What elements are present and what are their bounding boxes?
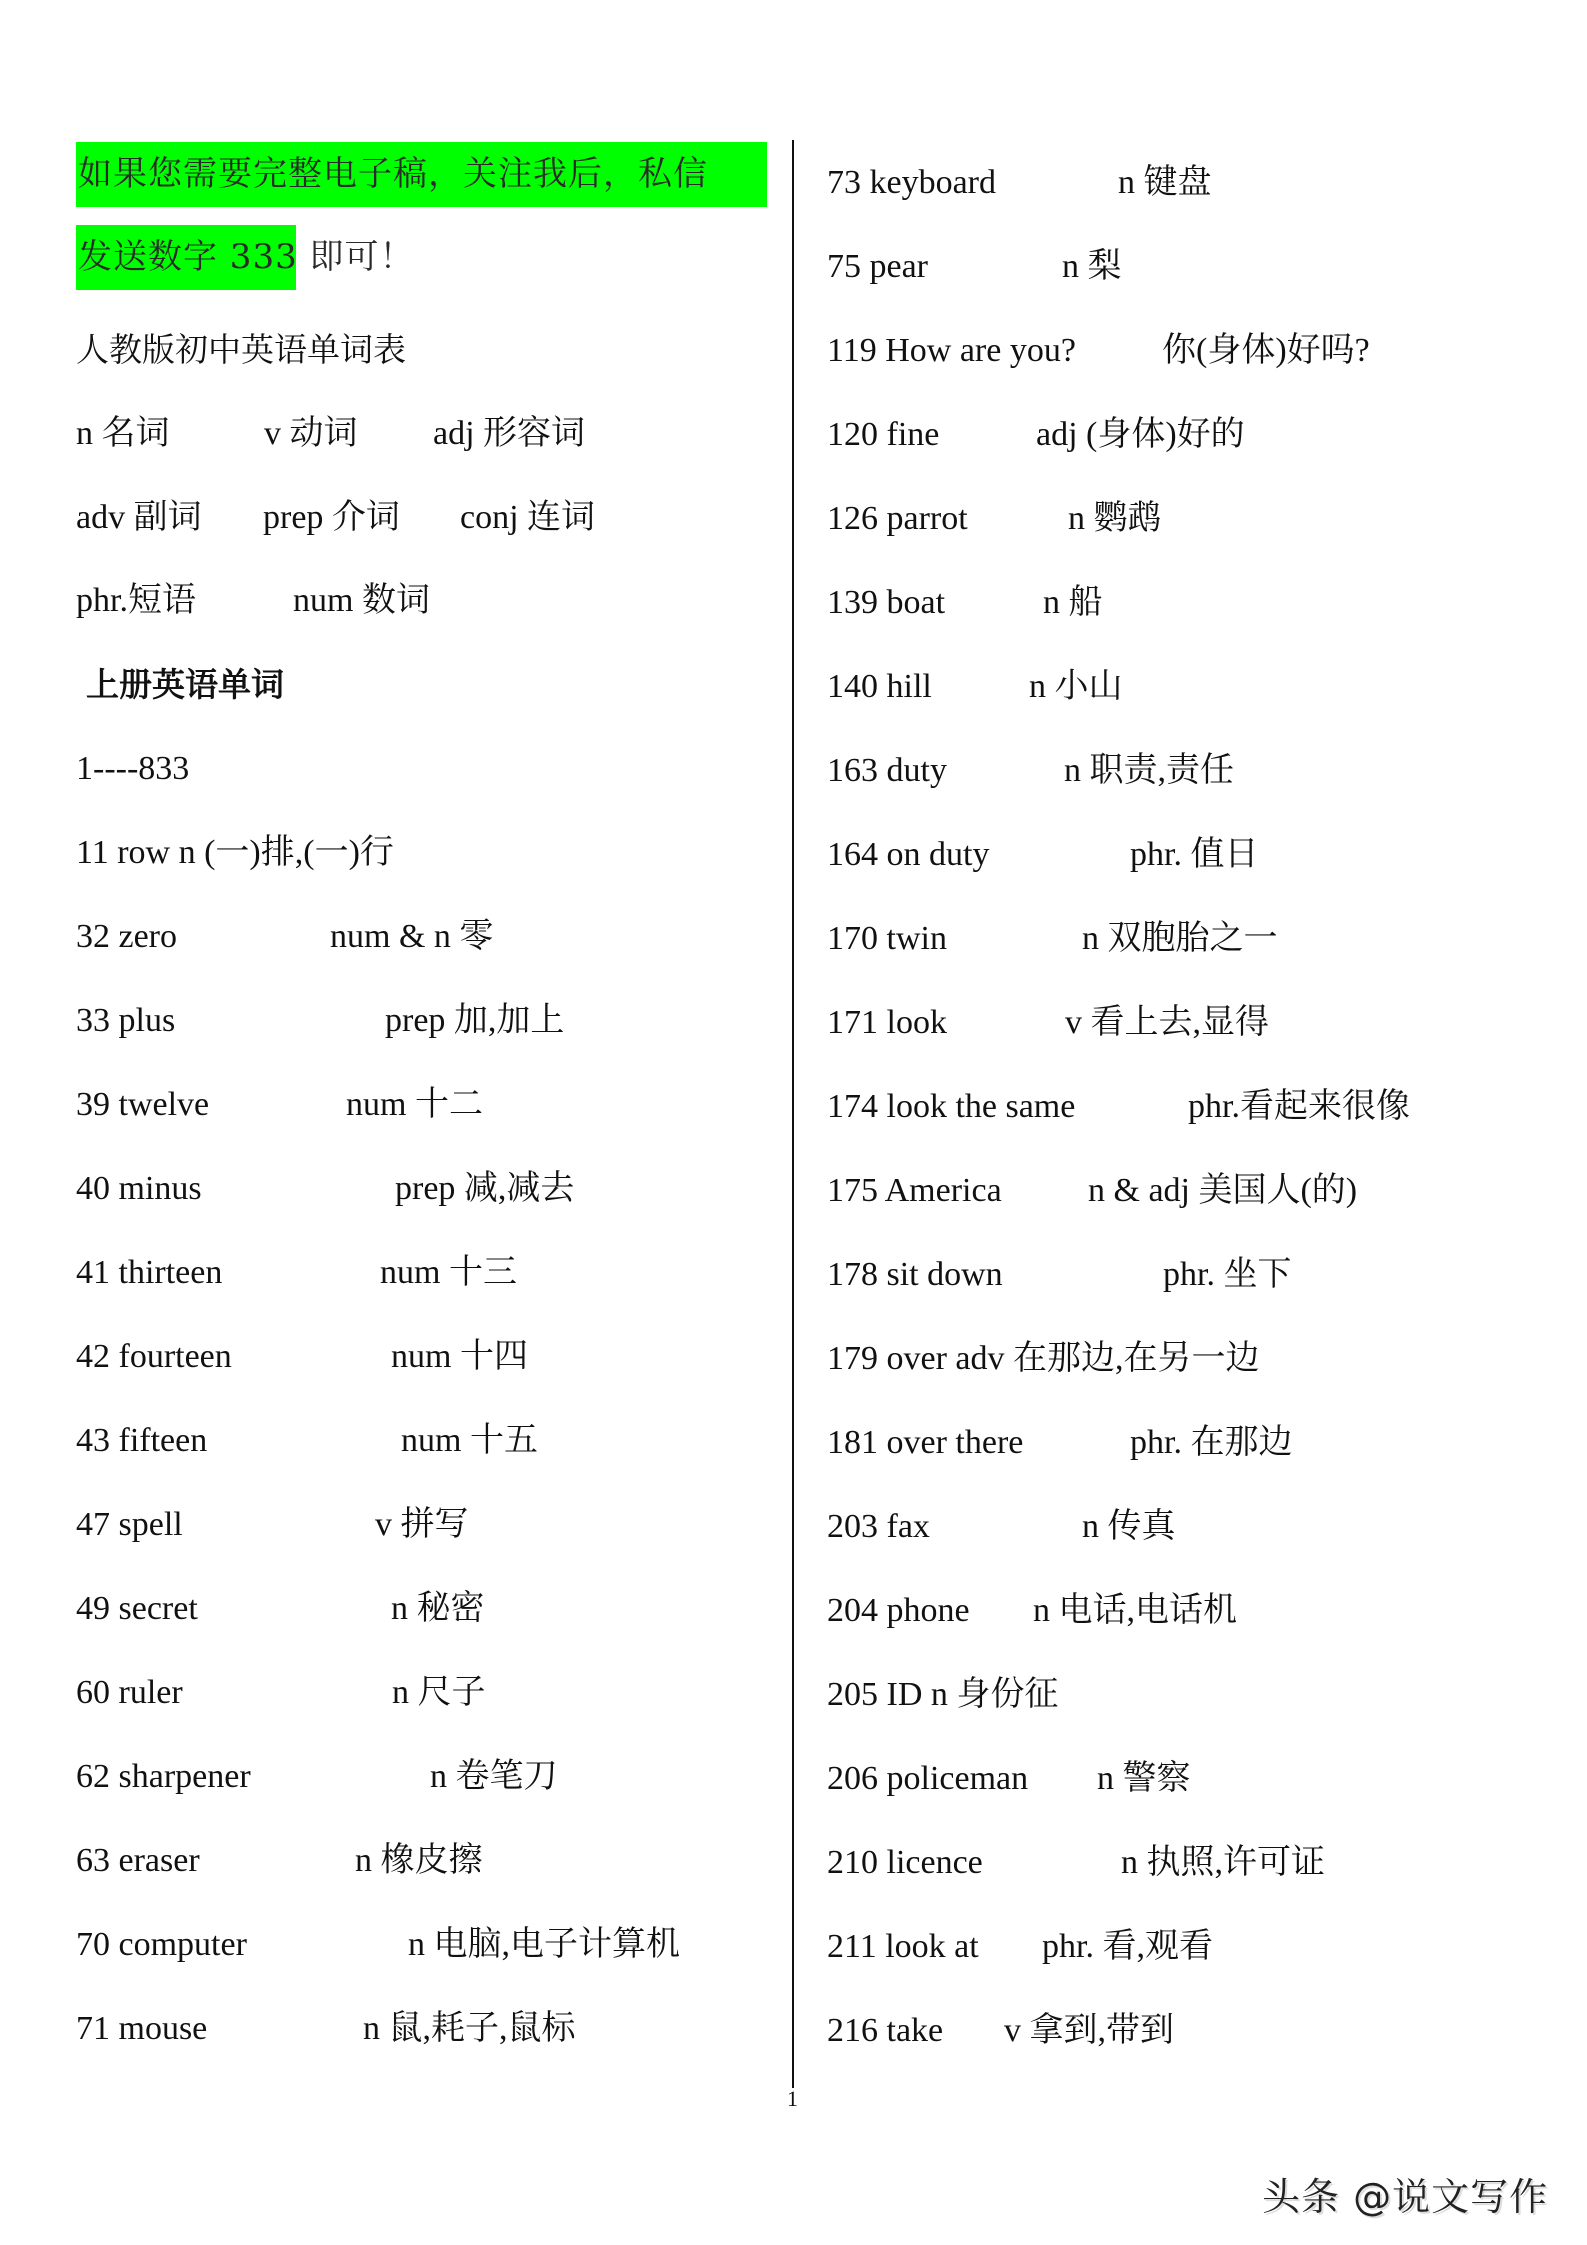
vocab-entry: 40 minusprep 减,减去 [76, 1159, 816, 1219]
vocab-entry: 33 plusprep 加,加上 [76, 991, 816, 1051]
vocab-meaning: n 电话,电话机 [1033, 1581, 1237, 1641]
vocab-entry: 39 twelvenum 十二 [76, 1075, 816, 1135]
vocab-meaning: num & n 零 [330, 907, 493, 967]
vocab-meaning: n 执照,许可证 [1121, 1833, 1325, 1893]
vocab-word: 206 policeman [827, 1760, 1028, 1797]
vocab-meaning: n 卷笔刀 [430, 1747, 558, 1807]
vocab-meaning: adj (身体)好的 [1036, 405, 1245, 465]
vocab-entry: 11 row n (一)排,(一)行 [76, 823, 816, 883]
vocab-meaning: n 双胞胎之一 [1082, 909, 1278, 969]
vocab-word: 216 take [827, 2012, 943, 2049]
watermark: 头条 @说文写作 [1262, 2166, 1548, 2221]
vocab-meaning: prep 减,减去 [395, 1159, 574, 1219]
vocab-meaning: phr. 在那边 [1130, 1413, 1292, 1473]
legend-row-2: adv 副词 prep 介词 conj 连词 [76, 488, 776, 548]
vocab-word: 181 over there [827, 1424, 1023, 1461]
vocab-word: 60 ruler [76, 1674, 183, 1711]
vocab-entry: 71 mousen 鼠,耗子,鼠标 [76, 1999, 816, 2059]
vocab-entry: 139 boatn 船 [827, 573, 1567, 633]
vocab-meaning: v 拿到,带到 [1004, 2001, 1174, 2061]
vocab-entry: 211 look atphr. 看,观看 [827, 1917, 1567, 1977]
promo-line-1: 如果您需要完整电子稿，关注我后，私信 [78, 142, 708, 207]
vocab-meaning: n 电脑,电子计算机 [408, 1915, 680, 1975]
vocab-meaning: phr.看起来很像 [1188, 1077, 1410, 1137]
vocab-meaning: phr. 看,观看 [1042, 1917, 1213, 1977]
vocab-meaning: n 键盘 [1118, 153, 1212, 213]
vocab-word: 178 sit down [827, 1256, 1003, 1293]
vocab-word: 33 plus [76, 1002, 175, 1039]
vocab-entry: 63 erasern 橡皮擦 [76, 1831, 816, 1891]
vocab-meaning: phr. 坐下 [1163, 1245, 1291, 1305]
vocab-entry: 181 over therephr. 在那边 [827, 1413, 1567, 1473]
vocab-entry: 73 keyboardn 键盘 [827, 153, 1567, 213]
vocab-entry: 178 sit downphr. 坐下 [827, 1245, 1567, 1305]
vocab-word: 41 thirteen [76, 1254, 222, 1291]
vocab-meaning: n 橡皮擦 [355, 1831, 483, 1891]
vocab-entry: 49 secretn 秘密 [76, 1579, 816, 1639]
vocab-entry: 126 parrotn 鹦鹉 [827, 489, 1567, 549]
vocab-word: 205 ID n 身份征 [827, 1676, 1058, 1713]
vocab-meaning: n 船 [1043, 573, 1103, 633]
section-heading: 上册英语单词 [86, 655, 284, 715]
vocab-meaning: n 鼠,耗子,鼠标 [363, 1999, 576, 2059]
vocab-meaning: prep 加,加上 [385, 991, 564, 1051]
vocab-entry: 216 takev 拿到,带到 [827, 2001, 1567, 2061]
vocab-word: 211 look at [827, 1928, 979, 1965]
vocab-word: 175 America [827, 1172, 1002, 1209]
vocab-word: 139 boat [827, 584, 945, 621]
legend-adj: adj 形容词 [433, 404, 585, 464]
vocab-entry: 43 fifteennum 十五 [76, 1411, 816, 1471]
vocab-entry: 210 licencen 执照,许可证 [827, 1833, 1567, 1893]
vocab-word: 170 twin [827, 920, 947, 957]
vocab-entry: 170 twinn 双胞胎之一 [827, 909, 1567, 969]
vocab-entry: 174 look the samephr.看起来很像 [827, 1077, 1567, 1137]
vocab-meaning: num 十四 [391, 1327, 528, 1387]
vocab-word: 73 keyboard [827, 164, 996, 201]
legend-phrase: phr.短语 [76, 571, 196, 631]
promo-line-2: 发送数字 333 即可！ [78, 225, 415, 290]
vocab-word: 171 look [827, 1004, 947, 1041]
vocab-word: 179 over adv 在那边,在另一边 [827, 1340, 1260, 1377]
vocab-word: 126 parrot [827, 500, 968, 537]
vocab-word: 32 zero [76, 918, 177, 955]
vocab-word: 40 minus [76, 1170, 202, 1207]
vocab-meaning: phr. 值日 [1130, 825, 1258, 885]
vocab-entry: 70 computern 电脑,电子计算机 [76, 1915, 816, 1975]
vocab-entry: 171 lookv 看上去,显得 [827, 993, 1567, 1053]
vocab-entry: 163 dutyn 职责,责任 [827, 741, 1567, 801]
vocab-word: 42 fourteen [76, 1338, 232, 1375]
legend-prep: prep 介词 [263, 488, 400, 548]
vocab-meaning: v 看上去,显得 [1065, 993, 1269, 1053]
vocab-meaning: n 鹦鹉 [1068, 489, 1162, 549]
page-number: 1 [787, 2086, 798, 2112]
vocab-word: 140 hill [827, 668, 932, 705]
vocab-entry: 42 fourteennum 十四 [76, 1327, 816, 1387]
document-title: 人教版初中英语单词表 [76, 320, 406, 380]
legend-conj: conj 连词 [460, 488, 595, 548]
vocab-meaning: n 职责,责任 [1064, 741, 1234, 801]
legend-verb: v 动词 [264, 404, 358, 464]
vocab-meaning: n 小山 [1029, 657, 1123, 717]
vocab-entry: 41 thirteennum 十三 [76, 1243, 816, 1303]
vocab-entry: 119 How are you?你(身体)好吗? [827, 321, 1567, 381]
vocab-meaning: n 传真 [1082, 1497, 1176, 1557]
vocab-word: 120 fine [827, 416, 939, 453]
vocab-word: 71 mouse [76, 2010, 207, 2047]
vocab-entry: 206 policemann 警察 [827, 1749, 1567, 1809]
legend-noun: n 名词 [76, 404, 170, 464]
column-divider [792, 140, 794, 2088]
vocab-entry: 75 pearn 梨 [827, 237, 1567, 297]
vocab-entry: 32 zeronum & n 零 [76, 907, 816, 967]
vocab-entry: 47 spellv 拼写 [76, 1495, 816, 1555]
vocab-word: 47 spell [76, 1506, 183, 1543]
vocab-word: 49 secret [76, 1590, 198, 1627]
vocab-meaning: v 拼写 [375, 1495, 469, 1555]
vocab-word: 174 look the same [827, 1088, 1075, 1125]
word-range: 1----833 [76, 739, 189, 799]
vocab-word: 43 fifteen [76, 1422, 207, 1459]
vocab-meaning: num 十二 [346, 1075, 483, 1135]
vocab-meaning: n 秘密 [391, 1579, 485, 1639]
vocab-meaning: n & adj 美国人(的) [1088, 1161, 1357, 1221]
vocab-meaning: n 尺子 [392, 1663, 486, 1723]
vocab-word: 204 phone [827, 1592, 970, 1629]
vocab-entry: 120 fineadj (身体)好的 [827, 405, 1567, 465]
legend-adv: adv 副词 [76, 488, 202, 548]
vocab-entry: 179 over adv 在那边,在另一边 [827, 1329, 1567, 1389]
legend-num: num 数词 [293, 571, 430, 631]
vocab-entry: 205 ID n 身份征 [827, 1665, 1567, 1725]
vocab-entry: 140 hilln 小山 [827, 657, 1567, 717]
vocab-entry: 175 American & adj 美国人(的) [827, 1161, 1567, 1221]
vocab-word: 62 sharpener [76, 1758, 251, 1795]
vocab-entry: 164 on dutyphr. 值日 [827, 825, 1567, 885]
vocab-word: 70 computer [76, 1926, 247, 1963]
vocab-meaning: 你(身体)好吗? [1162, 321, 1370, 381]
vocab-word: 163 duty [827, 752, 947, 789]
vocab-word: 39 twelve [76, 1086, 209, 1123]
vocab-word: 164 on duty [827, 836, 989, 873]
vocab-word: 11 row n (一)排,(一)行 [76, 834, 394, 871]
vocab-word: 210 licence [827, 1844, 983, 1881]
vocab-word: 75 pear [827, 248, 928, 285]
vocab-meaning: n 警察 [1097, 1749, 1191, 1809]
vocab-meaning: n 梨 [1062, 237, 1122, 297]
vocab-entry: 60 rulern 尺子 [76, 1663, 816, 1723]
vocab-word: 119 How are you? [827, 332, 1076, 369]
vocab-word: 203 fax [827, 1508, 930, 1545]
vocab-meaning: num 十五 [401, 1411, 538, 1471]
legend-row-3: phr.短语 num 数词 [76, 571, 776, 631]
vocab-entry: 62 sharpenern 卷笔刀 [76, 1747, 816, 1807]
legend-row-1: n 名词 v 动词 adj 形容词 [76, 404, 776, 464]
vocab-word: 63 eraser [76, 1842, 200, 1879]
vocab-meaning: num 十三 [380, 1243, 517, 1303]
vocab-entry: 204 phonen 电话,电话机 [827, 1581, 1567, 1641]
vocab-entry: 203 faxn 传真 [827, 1497, 1567, 1557]
